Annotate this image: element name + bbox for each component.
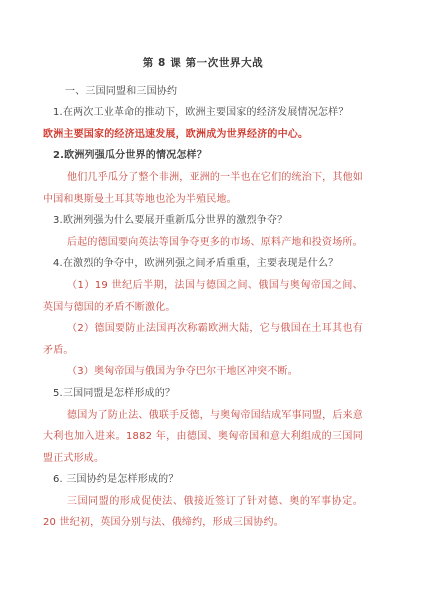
answer-4-part-2: （2）德国要防止法国再次称霸欧洲大陆，它与俄国在土耳其也有矛盾。 [43,318,363,361]
answer-5: 德国为了防止法、俄联手反德，与奥匈帝国结成军事同盟，后来意大利也加入进来。188… [43,405,363,470]
question-6: 6. 三国协约是怎样形成的？ [43,469,363,491]
question-3: 3.欧洲列强为什么要展开重新瓜分世界的激烈争夺？ [43,210,363,232]
question-4: 4.在激烈的争夺中，欧洲列强之间矛盾重重，主要表现是什么？ [43,253,363,275]
answer-2: 他们几乎瓜分了整个非洲，亚洲的一半也在它们的统治下，其他如中国和奥斯曼土耳其等地… [43,167,363,210]
document-content: 第 8 课 第一次世界大战 一、三国同盟和三国协约 1.在两次工业革命的推动下，… [43,53,363,534]
answer-3: 后起的德国要向英法等国争夺更多的市场、原料产地和投资场所。 [43,232,363,254]
question-2: 2.欧洲列强瓜分世界的情况怎样？ [43,145,363,167]
answer-1: 欧洲主要国家的经济迅速发展，欧洲成为世界经济的中心。 [43,124,363,146]
answer-4-part-1: （1）19 世纪后半期，法国与德国之间、俄国与奥匈帝国之间、英国与德国的矛盾不断… [43,275,363,318]
doc-title: 第 8 课 第一次世界大战 [43,53,363,75]
question-5: 5.三国同盟是怎样形成的？ [43,383,363,405]
document-page: 第 8 课 第一次世界大战 一、三国同盟和三国协约 1.在两次工业革命的推动下，… [0,0,424,600]
section-heading: 一、三国同盟和三国协约 [43,81,363,103]
question-1: 1.在两次工业革命的推动下，欧洲主要国家的经济发展情况怎样？ [43,102,363,124]
answer-6: 三国同盟的形成促使法、俄接近签订了针对德、奥的军事协定。20 世纪初，英国分别与… [43,491,363,534]
answer-4-part-3: （3）奥匈帝国与俄国为争夺巴尔干地区冲突不断。 [43,361,363,383]
